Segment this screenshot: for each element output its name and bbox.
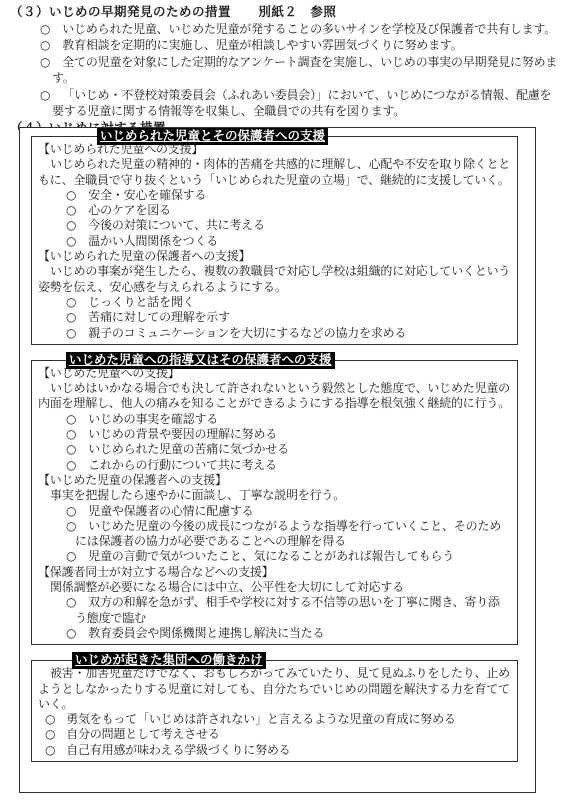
list-item: ○児童の言動で気がついたこと、気になることがあれば報告してもらう (38, 549, 511, 564)
circle-bullet-icon: ○ (40, 88, 50, 102)
list-item: ○いじめられた児童の苦痛に気づかせる (38, 442, 511, 457)
list-item-text: いじめた児童の今後の成長につながるような指導を行っていくこと、そのためには保護者… (75, 519, 501, 548)
circle-bullet-icon: ○ (66, 218, 76, 232)
box-victim-support: いじめられた児童とその保護者への支援 【いじめられた児童への支援】 いじめられた… (31, 136, 518, 345)
box-title-bully-guidance: いじめた児童への指導又はその保護者への支援 (66, 352, 335, 369)
paragraph: 関係調整が必要になる場合には中立、公平性を大切にして対応する (38, 580, 511, 595)
box-title-group-approach: いじめが起きた集団への働きかけ (72, 652, 266, 669)
paragraph: いじめられた児童の精神的・肉体的苦痛を共感的に理解し、心配や不安を取り除くととも… (38, 157, 511, 188)
list-item: ○自分の問題として考えさせる (38, 727, 511, 742)
circle-bullet-icon: ○ (66, 326, 76, 340)
list-item-text: いじめられた児童の苦痛に気づかせる (88, 442, 289, 456)
circle-bullet-icon: ○ (45, 727, 55, 741)
circle-bullet-icon: ○ (66, 188, 76, 202)
list-item: ○今後の対策について、共に考える (38, 218, 511, 233)
circle-bullet-icon: ○ (40, 55, 50, 69)
list-item-text: 自分の問題として考えさせる (66, 727, 219, 741)
list-item: ○双方の和解を急がず、相手や学校に対する不信等の思いを丁寧に聞き、寄り添う態度で… (38, 595, 511, 626)
paragraph: 被害・加害児童だけでなく、おもしろがってみていたり、見て見ぬふりをしたり、止めよ… (38, 666, 511, 712)
list-item: ○親子のコミュニケーションを大切にするなどの協力を求める (38, 326, 511, 341)
list-item: ○「いじめ・不登校対策委員会（ふれあい委員会）」において、いじめにつながる情報、… (10, 87, 558, 120)
list-item: ○いじめの事実を確認する (38, 412, 511, 427)
box-title-victim-support: いじめられた児童とその保護者への支援 (97, 128, 328, 145)
circle-bullet-icon: ○ (66, 442, 76, 456)
list-item: ○勇気をもって「いじめは許されない」と言えるような児童の育成に努める (38, 712, 511, 727)
list-item-text: 温かい人間関係をつくる (88, 234, 218, 248)
section-early-detection: （３）いじめの早期発見のための措置 別紙２ 参照 ○いじめられた児童、いじめた児… (0, 0, 562, 136)
section3-heading-text: （３）いじめの早期発見のための措置 (10, 4, 231, 19)
list-item-text: 苦痛に対しての理解を示す (88, 310, 230, 324)
paragraph: いじめの事案が発生したら、複数の教職員で対応し学校は組織的に対応していくという姿… (38, 264, 511, 295)
list-item: ○いじめた児童の今後の成長につながるような指導を行っていくこと、そのためには保護… (38, 519, 511, 550)
box-bully-guidance: いじめた児童への指導又はその保護者への支援 【いじめた児童への支援】 いじめはい… (31, 360, 518, 645)
list-item: ○教育委員会や関係機関と連携し解決に当たる (38, 626, 511, 641)
list-item-text: いじめの背景や要因の理解に努める (88, 427, 277, 441)
subheading: 【いじめられた児童の保護者への支援】 (38, 249, 511, 264)
section3-heading: （３）いじめの早期発見のための措置 別紙２ 参照 (10, 4, 558, 21)
circle-bullet-icon: ○ (66, 310, 76, 324)
list-item: ○心のケアを図る (38, 203, 511, 218)
list-item-text: じっくりと話を聞く (88, 295, 194, 309)
circle-bullet-icon: ○ (66, 519, 76, 533)
section3-attachment-reference: 別紙２ 参照 (258, 4, 336, 19)
box-group-approach: いじめが起きた集団への働きかけ 被害・加害児童だけでなく、おもしろがってみていた… (31, 660, 518, 762)
list-item-text: 自己有用感が味わえる学級づくりに努める (66, 743, 290, 757)
list-item-text: 教育相談を定期的に実施し、児童が相談しやすい雰囲気づくりに努めます。 (62, 38, 462, 52)
circle-bullet-icon: ○ (66, 504, 76, 518)
list-item-text: 「いじめ・不登校対策委員会（ふれあい委員会）」において、いじめにつながる情報、配… (52, 88, 551, 119)
list-item: ○いじめの背景や要因の理解に努める (38, 427, 511, 442)
circle-bullet-icon: ○ (45, 743, 55, 757)
subheading: 【いじめた児童の保護者への支援】 (38, 473, 511, 488)
list-item: ○全ての児童を対象にした定期的なアンケート調査を実施し、いじめの事実の早期発見に… (10, 54, 558, 87)
paragraph: 事実を把握したら速やかに面談し、丁寧な説明を行う。 (38, 488, 511, 503)
list-item: ○教育相談を定期的に実施し、児童が相談しやすい雰囲気づくりに努めます。 (10, 37, 558, 54)
list-item: ○自己有用感が味わえる学級づくりに努める (38, 743, 511, 758)
list-item: ○苦痛に対しての理解を示す (38, 310, 511, 325)
circle-bullet-icon: ○ (66, 412, 76, 426)
list-item: ○温かい人間関係をつくる (38, 234, 511, 249)
list-item-text: いじめられた児童、いじめた児童が発することの多いサインを学校及び保護者で共有しま… (62, 22, 556, 36)
list-item-text: 児童や保護者の心情に配慮する (88, 504, 253, 518)
circle-bullet-icon: ○ (66, 626, 76, 640)
list-item: ○いじめられた児童、いじめた児童が発することの多いサインを学校及び保護者で共有し… (10, 21, 558, 38)
list-item: ○じっくりと話を聞く (38, 295, 511, 310)
circle-bullet-icon: ○ (66, 595, 76, 609)
circle-bullet-icon: ○ (66, 295, 76, 309)
list-item-text: いじめの事実を確認する (88, 412, 218, 426)
list-item: ○安全・安心を確保する (38, 188, 511, 203)
list-item-text: 今後の対策について、共に考える (88, 218, 265, 232)
circle-bullet-icon: ○ (66, 427, 76, 441)
circle-bullet-icon: ○ (40, 22, 50, 36)
circle-bullet-icon: ○ (40, 38, 50, 52)
list-item: ○児童や保護者の心情に配慮する (38, 504, 511, 519)
circle-bullet-icon: ○ (66, 458, 76, 472)
list-item-text: 勇気をもって「いじめは許されない」と言えるような児童の育成に努める (66, 712, 455, 726)
list-item-text: 安全・安心を確保する (88, 188, 206, 202)
list-item-text: 双方の和解を急がず、相手や学校に対する不信等の思いを丁寧に聞き、寄り添う態度で臨… (75, 595, 500, 624)
list-item-text: 親子のコミュニケーションを大切にするなどの協力を求める (88, 326, 406, 340)
list-item-text: 教育委員会や関係機関と連携し解決に当たる (88, 626, 324, 640)
list-item: ○これからの行動について共に考える (38, 458, 511, 473)
circle-bullet-icon: ○ (66, 549, 76, 563)
circle-bullet-icon: ○ (66, 234, 76, 248)
subheading: 【保護者同士が対立する場合などへの支援】 (38, 565, 511, 580)
list-item-text: これからの行動について共に考える (88, 458, 277, 472)
circle-bullet-icon: ○ (45, 712, 55, 726)
measures-outer-frame: いじめられた児童とその保護者への支援 【いじめられた児童への支援】 いじめられた… (19, 127, 536, 793)
list-item-text: 心のケアを図る (88, 203, 171, 217)
paragraph: いじめはいかなる場合でも決して許されないという毅然とした態度で、いじめた児童の内… (38, 381, 511, 412)
list-item-text: 児童の言動で気がついたこと、気になることがあれば報告してもらう (88, 549, 454, 563)
list-item-text: 全ての児童を対象にした定期的なアンケート調査を実施し、いじめの事実の早期発見に努… (52, 55, 557, 86)
circle-bullet-icon: ○ (66, 203, 76, 217)
